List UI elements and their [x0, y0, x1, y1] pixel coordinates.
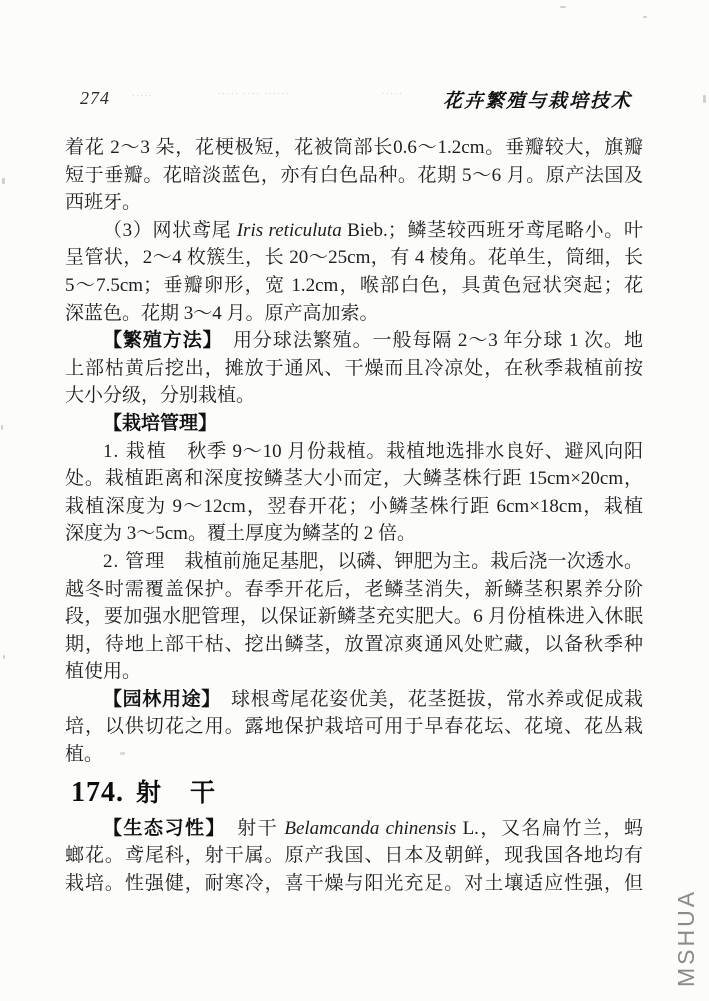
- heading-title: 射 干: [136, 779, 217, 807]
- text-line: 植。: [65, 741, 643, 769]
- text-line: 5～7.5cm；垂瓣卵形，宽 1.2cm，喉部白色，具黄色冠状突起；花: [65, 272, 643, 300]
- text-line: 螂花。鸢尾科，射干属。原产我国、日本及朝鲜，现我国各地均有: [65, 842, 643, 870]
- text-line: 【园林用途】 球根鸢尾花姿优美，花茎挺拔，常水养或促成栽: [65, 686, 643, 714]
- body-text-upper: 着花 2～3 朵，花梗极短，花被筒部长0.6～1.2cm。垂瓣较大，旗瓣短于垂瓣…: [65, 134, 643, 769]
- text-line: 段，要加强水肥管理，以保证新鳞茎充实肥大。6 月份植株进入休眠: [65, 603, 643, 631]
- text-line: （3）网状鸢尾 Iris reticuluta Bieb.；鳞茎较西班牙鸢尾略小…: [65, 217, 643, 245]
- scan-speck: [560, 6, 566, 8]
- book-title: 花卉繁殖与栽培技术: [443, 86, 632, 113]
- text-line: 着花 2～3 朵，花梗极短，花被筒部长0.6～1.2cm。垂瓣较大，旗瓣: [65, 134, 643, 162]
- scan-noise: ····· ···· ······: [218, 90, 290, 98]
- text-line: 植使用。: [65, 658, 643, 686]
- text-line: 大小分级，分别栽植。: [65, 382, 643, 410]
- scan-noise: ·····: [382, 90, 404, 98]
- text-line: 处。栽植距离和深度按鳞茎大小而定，大鳞茎株行距 15cm×20cm，: [65, 465, 643, 493]
- text-line: 上部枯黄后挖出，摊放于通风、干燥而且冷凉处，在秋季栽植前按: [65, 355, 643, 383]
- scan-speck: [120, 752, 125, 755]
- watermark-text: MSHUA: [672, 878, 700, 998]
- text-line: 短于垂瓣。花暗淡蓝色，亦有白色品种。花期 5～6 月。原产法国及: [65, 162, 643, 190]
- heading-number: 174.: [71, 777, 124, 808]
- scan-speck: [2, 178, 5, 184]
- scan-speck: [643, 16, 647, 18]
- text-line: 期，待地上部干枯、挖出鳞茎，放置凉爽通风处贮藏，以备秋季种: [65, 631, 643, 659]
- body-text-lower: 【生态习性】 射干 Belamcanda chinensis L.，又名扁竹兰，…: [65, 815, 643, 898]
- text-line: 栽培。性强健，耐寒冷，喜干燥与阳光充足。对土壤适应性强，但: [65, 870, 643, 898]
- text-line: 1. 栽植 秋季 9～10 月份栽植。栽植地选排水良好、避风向阳: [65, 438, 643, 466]
- text-line: 栽植深度为 9～12cm，翌春开花；小鳞茎株行距 6cm×18cm，栽植: [65, 493, 643, 521]
- text-line: 【栽培管理】: [65, 410, 643, 438]
- scanned-book-page: 274 ····· ····· ···· ······ ····· ··· ··…: [0, 0, 709, 1001]
- text-line: 【繁殖方法】 用分球法繁殖。一般每隔 2～3 年分球 1 次。地: [65, 327, 643, 355]
- scan-speck: [1, 425, 3, 430]
- text-line: 2. 管理 栽植前施足基肥，以磷、钾肥为主。栽后浇一次透水。: [65, 548, 643, 576]
- body-text: 着花 2～3 朵，花梗极短，花被筒部长0.6～1.2cm。垂瓣较大，旗瓣短于垂瓣…: [65, 134, 643, 897]
- text-line: 深度为 3～5cm。覆土厚度为鳞茎的 2 倍。: [65, 520, 643, 548]
- scan-speck: [703, 95, 706, 103]
- scan-speck: [3, 655, 5, 659]
- text-line: 【生态习性】 射干 Belamcanda chinensis L.，又名扁竹兰，…: [65, 815, 643, 843]
- section-heading: 174.射 干: [71, 773, 643, 813]
- text-line: 越冬时需覆盖保护。春季开花后，老鳞茎消失，新鳞茎积累养分阶: [65, 576, 643, 604]
- text-line: 呈管状，2～4 枚簇生，长 20～25cm，有 4 棱角。花单生，筒细，长: [65, 244, 643, 272]
- text-line: 西班牙。: [65, 189, 643, 217]
- text-line: 培，以供切花之用。露地保护栽培可用于早春花坛、花境、花丛栽: [65, 713, 643, 741]
- scan-noise: ·····: [132, 92, 154, 100]
- text-line: 深蓝色。花期 3～4 月。原产高加索。: [65, 300, 643, 328]
- page-number: 274: [80, 88, 110, 109]
